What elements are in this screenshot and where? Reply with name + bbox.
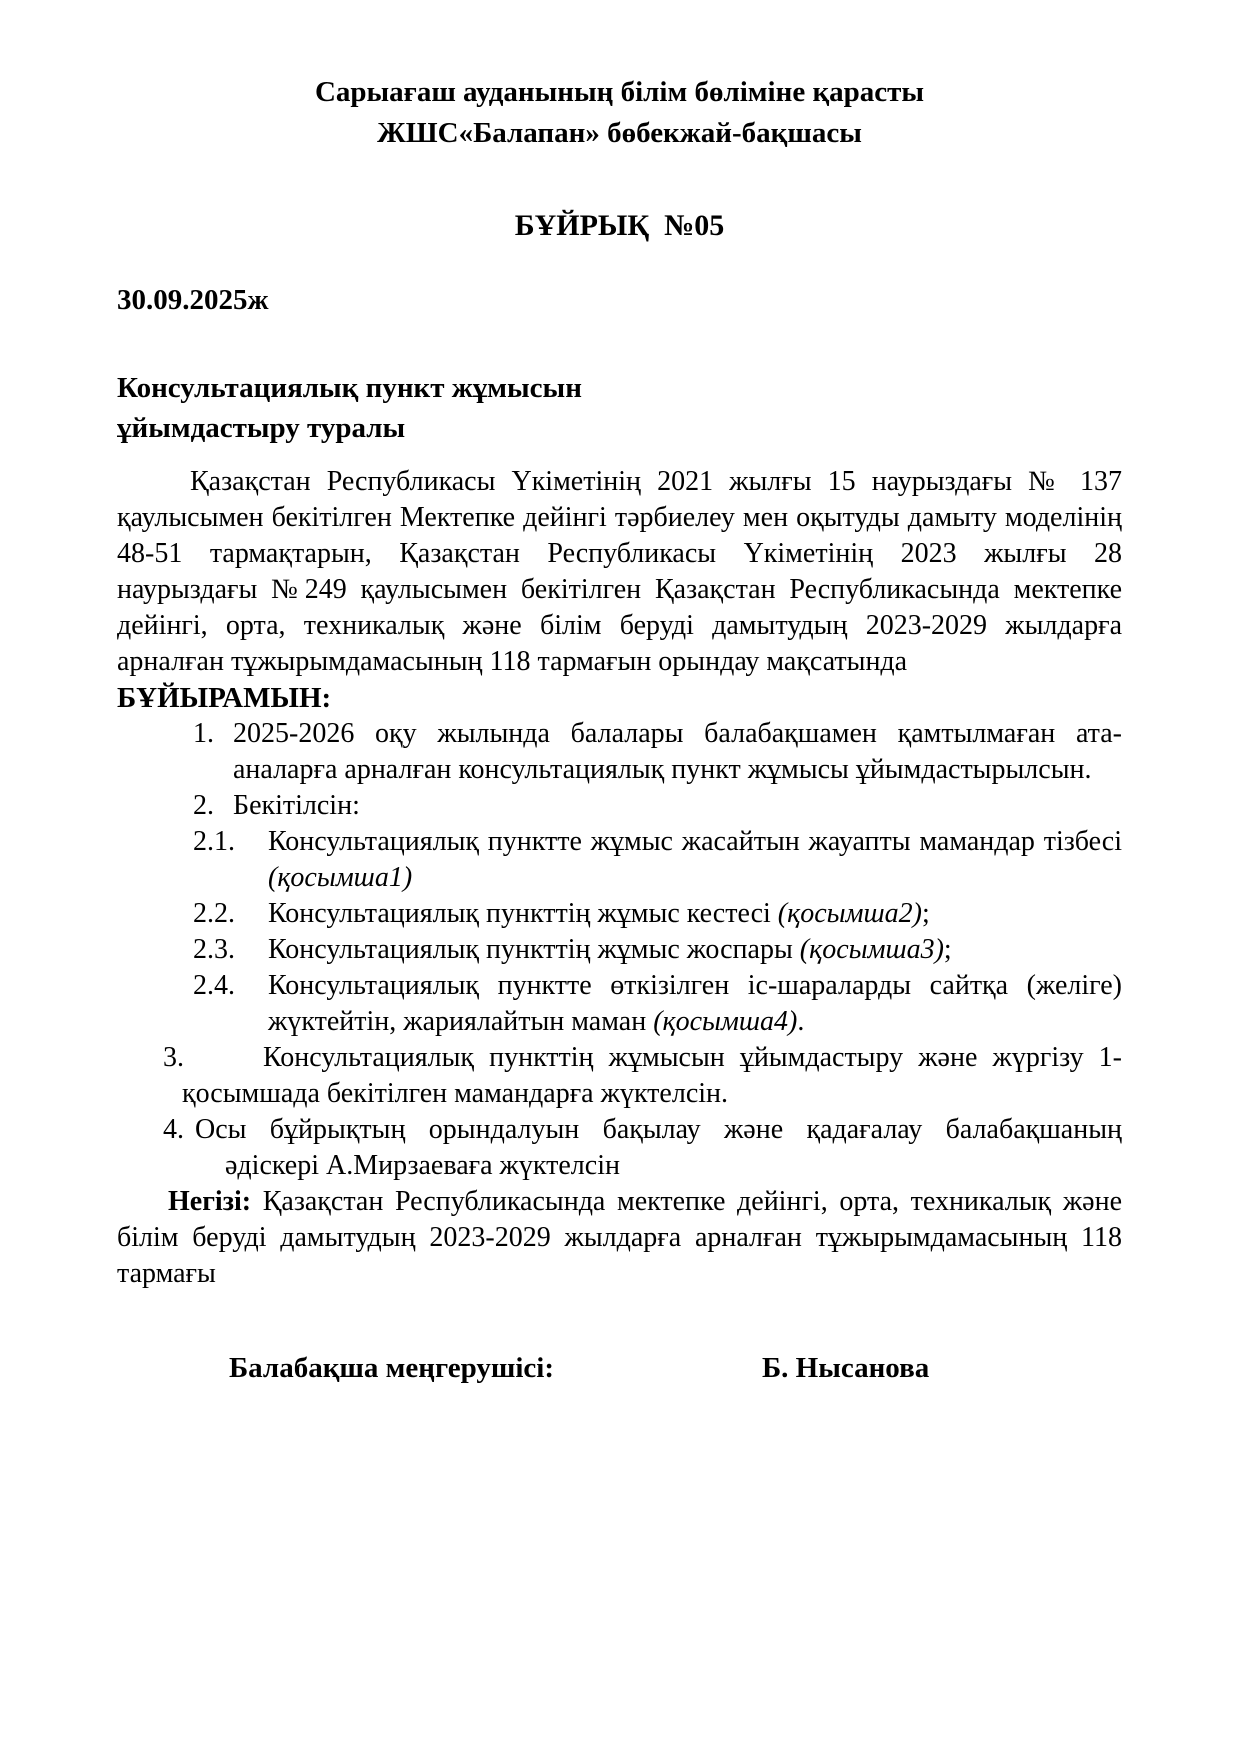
org-header-line-1: Сарыағаш ауданының білім бөліміне қараст…	[117, 72, 1122, 113]
order-verb: БҰЙЫРАМЫН:	[117, 680, 1122, 716]
order-item-4: 4.Осы бұйрықтың орындалуын бақылау және …	[117, 1112, 1122, 1184]
order-subject: Консультациялық пункт жұмысын ұйымдастыр…	[117, 368, 1122, 448]
org-header-line-2: ЖШС«Балапан» бөбекжай-бақшасы	[117, 113, 1122, 154]
signature-row: Балабақша меңгерушісі:Б. Нысанова	[117, 1350, 1122, 1386]
item-text: Осы бұйрықтың орындалуын бақылау және қа…	[195, 1114, 1122, 1181]
item-text: Консультациялық пункттің жұмысын ұйымдас…	[182, 1042, 1122, 1109]
preamble-paragraph: Қазақстан Республикасы Үкіметінің 2021 ж…	[117, 464, 1122, 680]
item-number: 4.	[163, 1112, 195, 1148]
item-text: Консультациялық пунктте жұмыс жасайтын ж…	[268, 826, 1122, 857]
item-number: 1.	[193, 716, 233, 752]
order-subject-line-2: ұйымдастыру туралы	[117, 408, 1122, 448]
basis-paragraph: Негізі: Қазақстан Республикасында мектеп…	[117, 1184, 1122, 1292]
item-tail: .	[797, 1006, 804, 1037]
order-item-2: 2.Бекітілсін:	[117, 788, 1122, 824]
item-number: 2.4.	[193, 968, 268, 1004]
item-number: 3.	[163, 1040, 263, 1076]
document-page: Сарыағаш ауданының білім бөліміне қараст…	[0, 0, 1241, 1755]
order-item-2-4: 2.4.Консультациялық пунктте өткізілген і…	[117, 968, 1122, 1040]
order-subject-line-1: Консультациялық пункт жұмысын	[117, 368, 1122, 408]
item-text: 2025-2026 оқу жылында балалары балабақша…	[233, 718, 1122, 785]
order-item-2-3: 2.3.Консультациялық пункттің жұмыс жоспа…	[117, 932, 1122, 968]
item-number: 2.	[193, 788, 233, 824]
item-text: Консультациялық пункттің жұмыс жоспары	[268, 934, 800, 965]
signature-role: Балабақша меңгерушісі:	[229, 1350, 762, 1386]
org-header: Сарыағаш ауданының білім бөліміне қараст…	[117, 72, 1122, 154]
appendix-reference: (қосымша1)	[268, 862, 412, 893]
item-text: Консультациялық пункттің жұмыс кестесі	[268, 898, 778, 929]
signature-name: Б. Нысанова	[762, 1352, 929, 1384]
order-item-2-2: 2.2.Консультациялық пункттің жұмыс кесте…	[117, 896, 1122, 932]
item-tail: ;	[922, 898, 930, 929]
order-item-2-1: 2.1.Консультациялық пунктте жұмыс жасайт…	[117, 824, 1122, 896]
basis-text: Қазақстан Республикасында мектепке дейін…	[117, 1186, 1122, 1289]
appendix-reference: (қосымша3)	[800, 934, 944, 965]
order-number-title: БҰЙРЫҚ №05	[117, 208, 1122, 244]
item-tail: ;	[944, 934, 952, 965]
basis-label: Негізі:	[168, 1186, 251, 1217]
item-text: Бекітілсін:	[233, 790, 360, 821]
order-item-3: 3.Консультациялық пункттің жұмысын ұйымд…	[117, 1040, 1122, 1112]
appendix-reference: (қосымша4)	[653, 1006, 797, 1037]
item-number: 2.2.	[193, 896, 268, 932]
order-date: 30.09.2025ж	[117, 282, 1122, 318]
order-item-1: 1.2025-2026 оқу жылында балалары балабақ…	[117, 716, 1122, 788]
appendix-reference: (қосымша2)	[778, 898, 922, 929]
item-number: 2.1.	[193, 824, 268, 860]
item-number: 2.3.	[193, 932, 268, 968]
